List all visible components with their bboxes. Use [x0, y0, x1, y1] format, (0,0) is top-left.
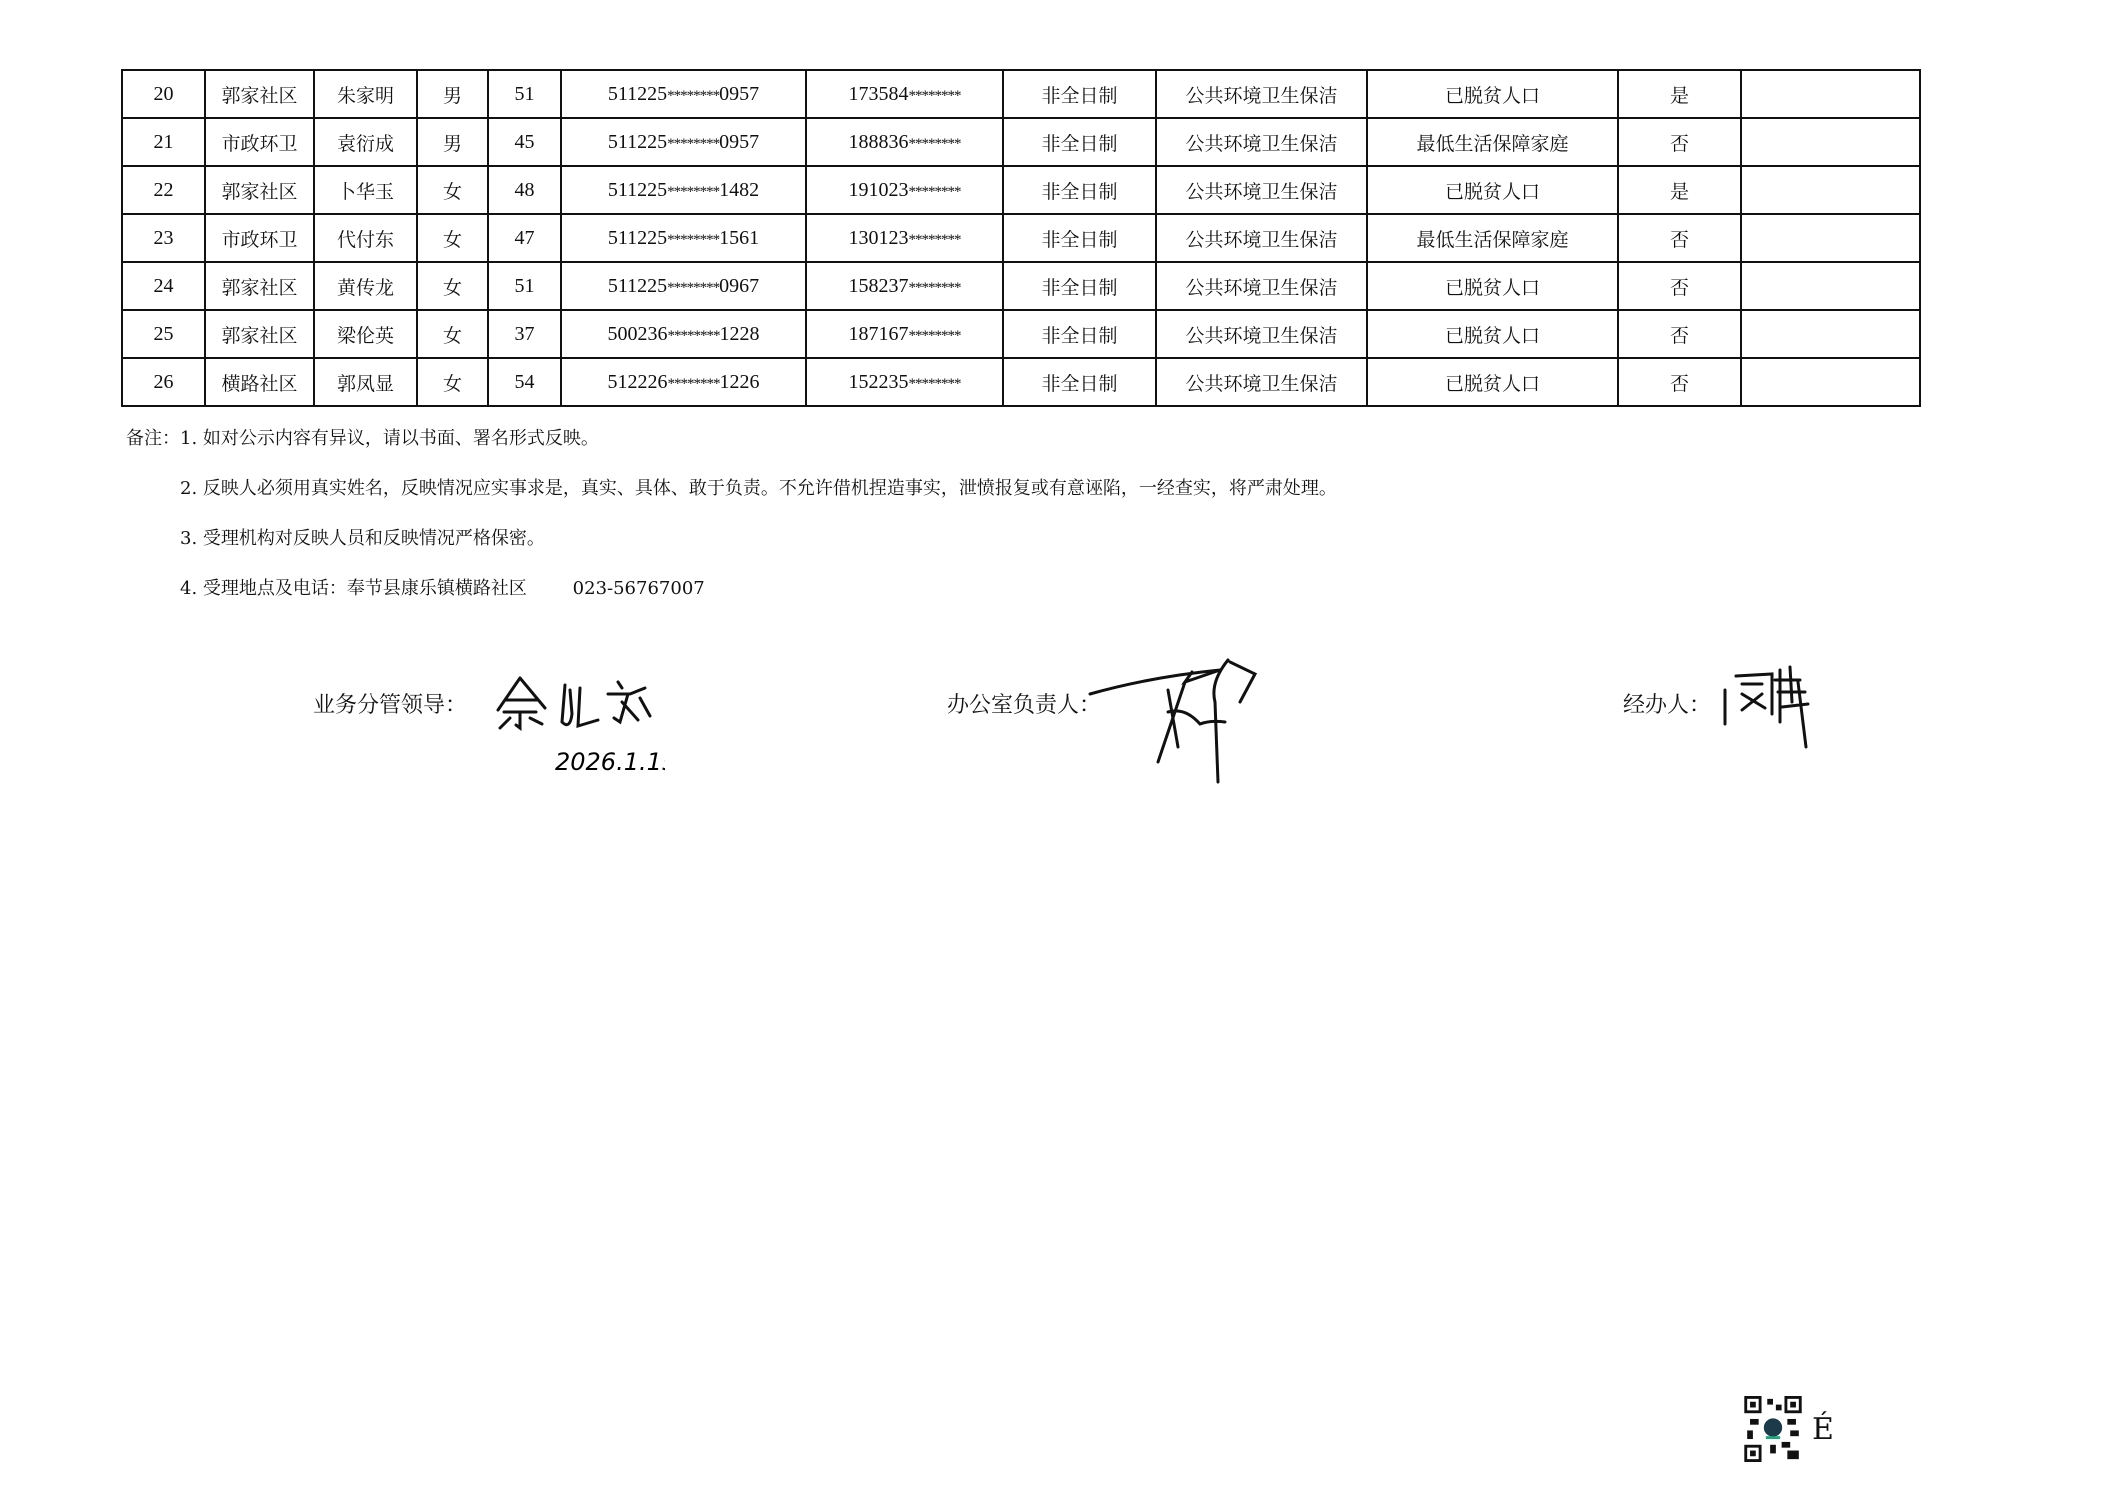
cell-gender: 女 — [417, 214, 488, 262]
cell-gender: 女 — [417, 262, 488, 310]
cell-job: 公共环境卫生保洁 — [1156, 118, 1367, 166]
leader-label: 业务分管领导： — [313, 688, 467, 719]
cell-flag: 否 — [1618, 262, 1741, 310]
cell-phone: 191023******** — [806, 166, 1003, 214]
cell-type: 非全日制 — [1003, 214, 1156, 262]
cell-phone: 188836******** — [806, 118, 1003, 166]
cell-no: 23 — [122, 214, 205, 262]
cell-remark — [1741, 310, 1920, 358]
page-mark: É — [1812, 1412, 1834, 1447]
masked-digits: ******** — [909, 280, 961, 296]
masked-digits: ******** — [668, 328, 720, 344]
cell-job: 公共环境卫生保洁 — [1156, 358, 1367, 406]
cell-age: 45 — [488, 118, 561, 166]
cell-unit: 郭家社区 — [205, 70, 314, 118]
note-4: 4. 受理地点及电话：奉节县康乐镇横路社区 023-56767007 — [180, 574, 705, 600]
cell-id: 512226********1226 — [561, 358, 806, 406]
cell-job: 公共环境卫生保洁 — [1156, 310, 1367, 358]
table-row: 26横路社区郭凤显女54512226********1226152235****… — [122, 358, 1920, 406]
cell-gender: 男 — [417, 118, 488, 166]
cell-unit: 横路社区 — [205, 358, 314, 406]
cell-gender: 女 — [417, 358, 488, 406]
cell-name: 代付东 — [314, 214, 417, 262]
cell-job: 公共环境卫生保洁 — [1156, 214, 1367, 262]
cell-remark — [1741, 262, 1920, 310]
cell-id: 511225********0957 — [561, 70, 806, 118]
masked-digits: ******** — [667, 184, 719, 200]
cell-remark — [1741, 166, 1920, 214]
cell-job: 公共环境卫生保洁 — [1156, 166, 1367, 214]
cell-phone: 130123******** — [806, 214, 1003, 262]
cell-unit: 市政环卫 — [205, 214, 314, 262]
cell-no: 20 — [122, 70, 205, 118]
table-row: 21市政环卫袁衍成男45511225********0957188836****… — [122, 118, 1920, 166]
cell-category: 已脱贫人口 — [1367, 262, 1618, 310]
cell-name: 郭凤显 — [314, 358, 417, 406]
cell-type: 非全日制 — [1003, 118, 1156, 166]
cell-category: 已脱贫人口 — [1367, 70, 1618, 118]
cell-id: 500236********1228 — [561, 310, 806, 358]
masked-digits: ******** — [909, 136, 961, 152]
cell-job: 公共环境卫生保洁 — [1156, 70, 1367, 118]
table-row: 25郭家社区梁伦英女37500236********1228187167****… — [122, 310, 1920, 358]
cell-age: 47 — [488, 214, 561, 262]
cell-remark — [1741, 118, 1920, 166]
table-row: 23市政环卫代付东女47511225********1561130123****… — [122, 214, 1920, 262]
handler-label: 经办人： — [1623, 688, 1711, 719]
masked-digits: ******** — [909, 184, 961, 200]
cell-no: 25 — [122, 310, 205, 358]
cell-age: 51 — [488, 70, 561, 118]
masked-digits: ******** — [667, 136, 719, 152]
cell-phone: 158237******** — [806, 262, 1003, 310]
cell-phone: 152235******** — [806, 358, 1003, 406]
cell-type: 非全日制 — [1003, 166, 1156, 214]
cell-no: 26 — [122, 358, 205, 406]
note-3: 3. 受理机构对反映人员和反映情况严格保密。 — [180, 524, 545, 550]
cell-phone: 173584******** — [806, 70, 1003, 118]
masked-digits: ******** — [667, 280, 719, 296]
cell-age: 48 — [488, 166, 561, 214]
cell-phone: 187167******** — [806, 310, 1003, 358]
cell-type: 非全日制 — [1003, 310, 1156, 358]
cell-unit: 市政环卫 — [205, 118, 314, 166]
cell-name: 朱家明 — [314, 70, 417, 118]
cell-category: 已脱贫人口 — [1367, 166, 1618, 214]
cell-id: 511225********1561 — [561, 214, 806, 262]
cell-age: 37 — [488, 310, 561, 358]
cell-flag: 否 — [1618, 310, 1741, 358]
masked-digits: ******** — [909, 328, 961, 344]
camscanner-qr-icon — [1744, 1396, 1802, 1462]
cell-gender: 女 — [417, 166, 488, 214]
cell-remark — [1741, 358, 1920, 406]
cell-job: 公共环境卫生保洁 — [1156, 262, 1367, 310]
leader-date: 2026.1.15 — [555, 748, 665, 776]
recipients-table: 20郭家社区朱家明男51511225********0957173584****… — [121, 69, 1921, 407]
cell-unit: 郭家社区 — [205, 262, 314, 310]
cell-no: 21 — [122, 118, 205, 166]
cell-flag: 是 — [1618, 166, 1741, 214]
cell-unit: 郭家社区 — [205, 166, 314, 214]
masked-digits: ******** — [909, 376, 961, 392]
cell-category: 最低生活保障家庭 — [1367, 214, 1618, 262]
cell-type: 非全日制 — [1003, 70, 1156, 118]
cell-flag: 是 — [1618, 70, 1741, 118]
leader-signature: 2026.1.15 — [490, 670, 665, 780]
table-row: 24郭家社区黄传龙女51511225********0967158237****… — [122, 262, 1920, 310]
cell-name: 黄传龙 — [314, 262, 417, 310]
note-1: 备注：1. 如对公示内容有异议，请以书面、署名形式反映。 — [126, 424, 599, 450]
masked-digits: ******** — [667, 88, 719, 104]
masked-digits: ******** — [667, 232, 719, 248]
masked-digits: ******** — [909, 88, 961, 104]
cell-no: 24 — [122, 262, 205, 310]
cell-no: 22 — [122, 166, 205, 214]
cell-flag: 否 — [1618, 214, 1741, 262]
office-signature — [1060, 652, 1260, 787]
cell-id: 511225********1482 — [561, 166, 806, 214]
masked-digits: ******** — [909, 232, 961, 248]
cell-unit: 郭家社区 — [205, 310, 314, 358]
table-row: 22郭家社区卜华玉女48511225********1482191023****… — [122, 166, 1920, 214]
cell-remark — [1741, 70, 1920, 118]
cell-id: 511225********0967 — [561, 262, 806, 310]
cell-type: 非全日制 — [1003, 358, 1156, 406]
handler-signature — [1720, 662, 1830, 752]
cell-age: 54 — [488, 358, 561, 406]
cell-category: 已脱贫人口 — [1367, 358, 1618, 406]
masked-digits: ******** — [668, 376, 720, 392]
table-row: 20郭家社区朱家明男51511225********0957173584****… — [122, 70, 1920, 118]
cell-age: 51 — [488, 262, 561, 310]
cell-gender: 女 — [417, 310, 488, 358]
cell-type: 非全日制 — [1003, 262, 1156, 310]
cell-gender: 男 — [417, 70, 488, 118]
cell-name: 梁伦英 — [314, 310, 417, 358]
cell-remark — [1741, 214, 1920, 262]
cell-id: 511225********0957 — [561, 118, 806, 166]
cell-name: 卜华玉 — [314, 166, 417, 214]
note-2: 2. 反映人必须用真实姓名，反映情况应实事求是，真实、具体、敢于负责。不允许借机… — [180, 474, 1337, 500]
cell-category: 已脱贫人口 — [1367, 310, 1618, 358]
cell-flag: 否 — [1618, 358, 1741, 406]
cell-name: 袁衍成 — [314, 118, 417, 166]
cell-flag: 否 — [1618, 118, 1741, 166]
cell-category: 最低生活保障家庭 — [1367, 118, 1618, 166]
